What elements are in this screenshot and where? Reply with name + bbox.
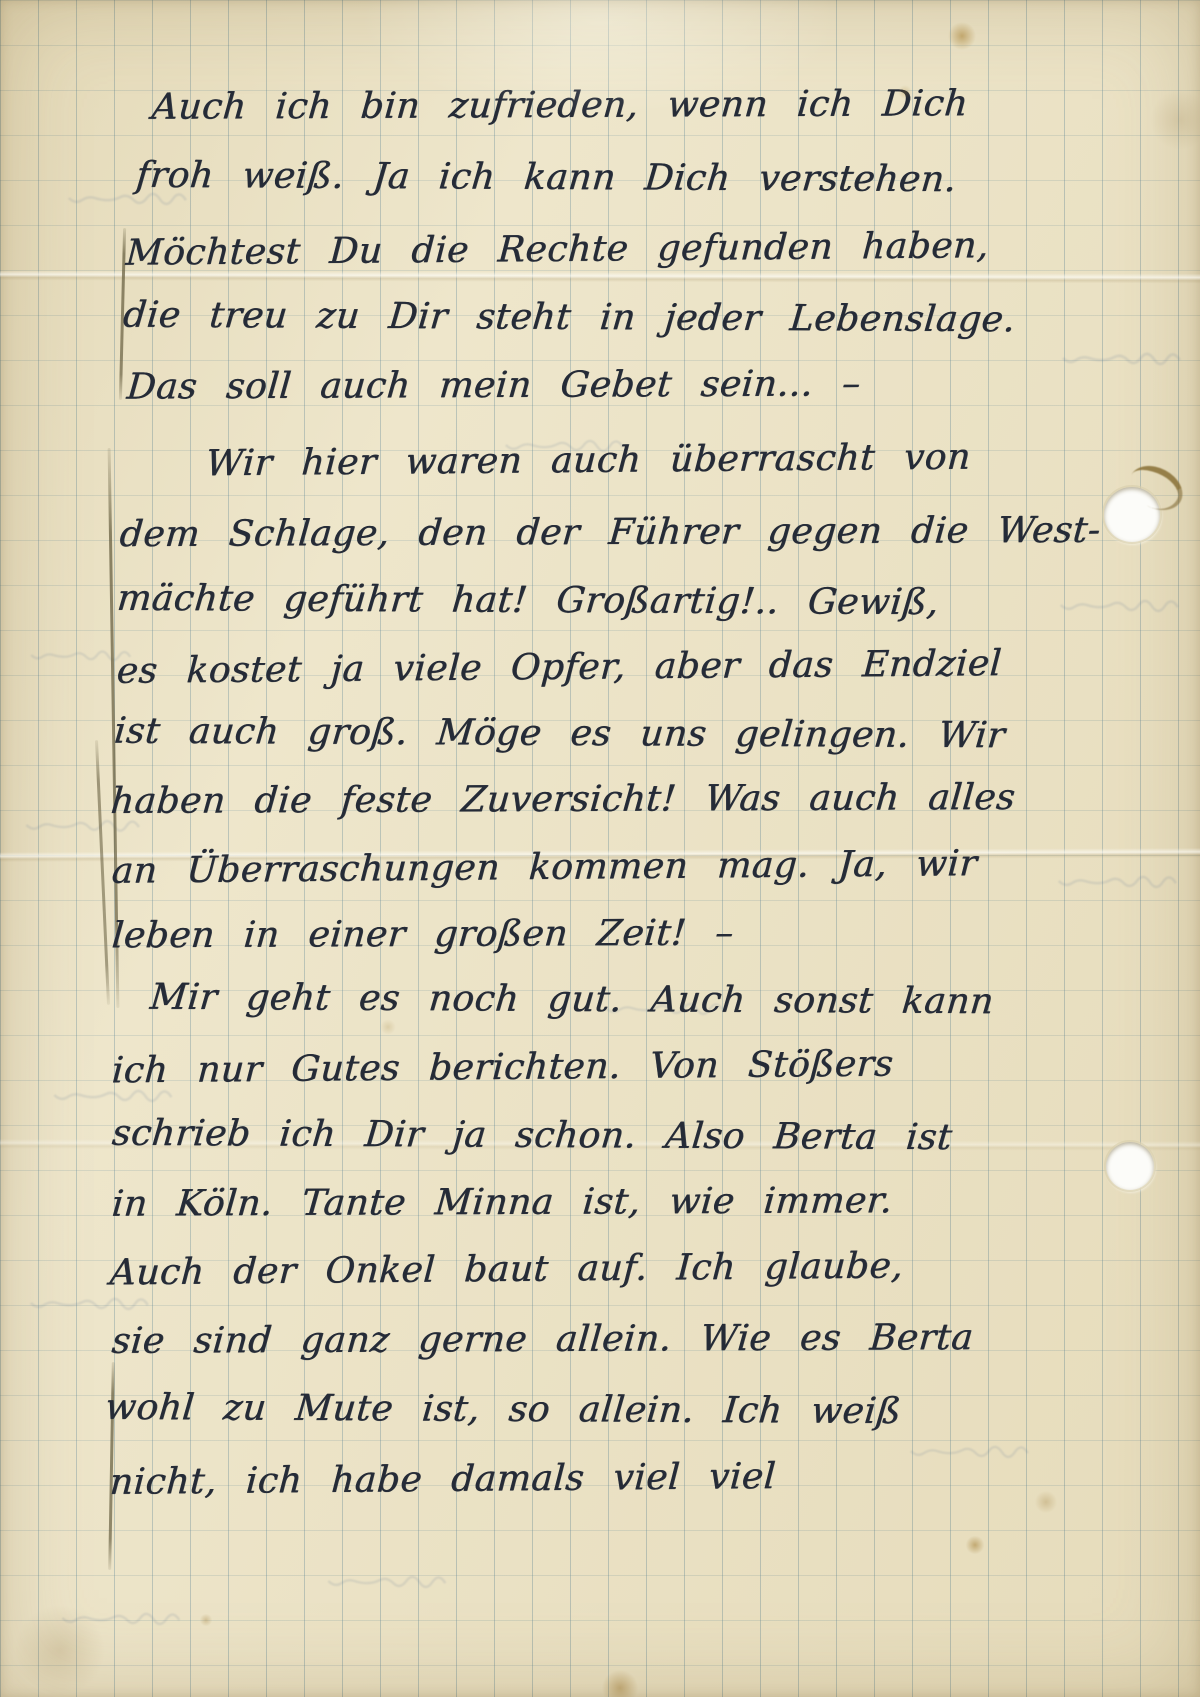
letter-page: Auch ich bin zufrieden, wenn ich Dich fr… [0, 0, 1200, 1697]
bleed-through-mark [290, 1568, 475, 1594]
handwritten-line: Auch ich bin zufrieden, wenn ich Dich [150, 86, 969, 126]
bleed-through-mark [34, 1605, 199, 1631]
handwritten-line: Möchtest Du die Rechte gefunden haben, [125, 228, 990, 272]
handwritten-line: die treu zu Dir steht in jeder Lebenslag… [122, 298, 1017, 339]
handwritten-line: mächte geführt hat! Großartig!.. Gewiß, [116, 581, 941, 621]
handwritten-line: in Köln. Tante Minna ist, wie immer. [110, 1183, 894, 1222]
bleed-through-mark [22, 642, 132, 668]
handwritten-line: haben die feste Zuversicht! Was auch all… [109, 780, 1016, 820]
handwritten-line: dem Schlage, den der Führer gegen die We… [118, 513, 1102, 553]
bleed-through-mark [860, 1438, 1070, 1464]
handwritten-line: froh weiß. Ja ich kann Dich verstehen. [135, 158, 958, 198]
handwritten-line: Wir hier waren auch überrascht von [205, 440, 972, 483]
handwritten-line: wohl zu Mute ist, so allein. Ich weiß [104, 1390, 903, 1430]
handwritten-line: Das soll auch mein Gebet sein... – [125, 366, 862, 405]
bleed-through-mark [1045, 592, 1185, 618]
handwritten-line: an Überraschungen kommen mag. Ja, wir [111, 846, 979, 890]
handwritten-line: ist auch groß. Möge es uns gelingen. Wir [113, 714, 1007, 755]
handwritten-line: leben in einer großen Zeit! – [110, 916, 735, 955]
bleed-through-mark [10, 1290, 160, 1316]
handwritten-line: Auch der Onkel baut auf. Ich glaube, [109, 1249, 905, 1292]
handwritten-line: nicht, ich habe damals viel viel [109, 1459, 777, 1501]
handwritten-line: schrieb ich Dir ja schon. Also Berta ist [111, 1116, 954, 1156]
bleed-through-mark [1038, 868, 1188, 894]
bleed-through-mark [1052, 345, 1182, 371]
handwritten-line: es kostet ja viele Opfer, aber das Endzi… [116, 646, 1003, 690]
handwritten-line: sie sind ganz gerne allein. Wie es Berta [110, 1320, 974, 1360]
handwritten-line: Mir geht es noch gut. Auch sonst kann [149, 980, 996, 1020]
handwritten-line: ich nur Gutes berichten. Von Stößers [111, 1047, 895, 1090]
punch-hole [1106, 1142, 1154, 1190]
